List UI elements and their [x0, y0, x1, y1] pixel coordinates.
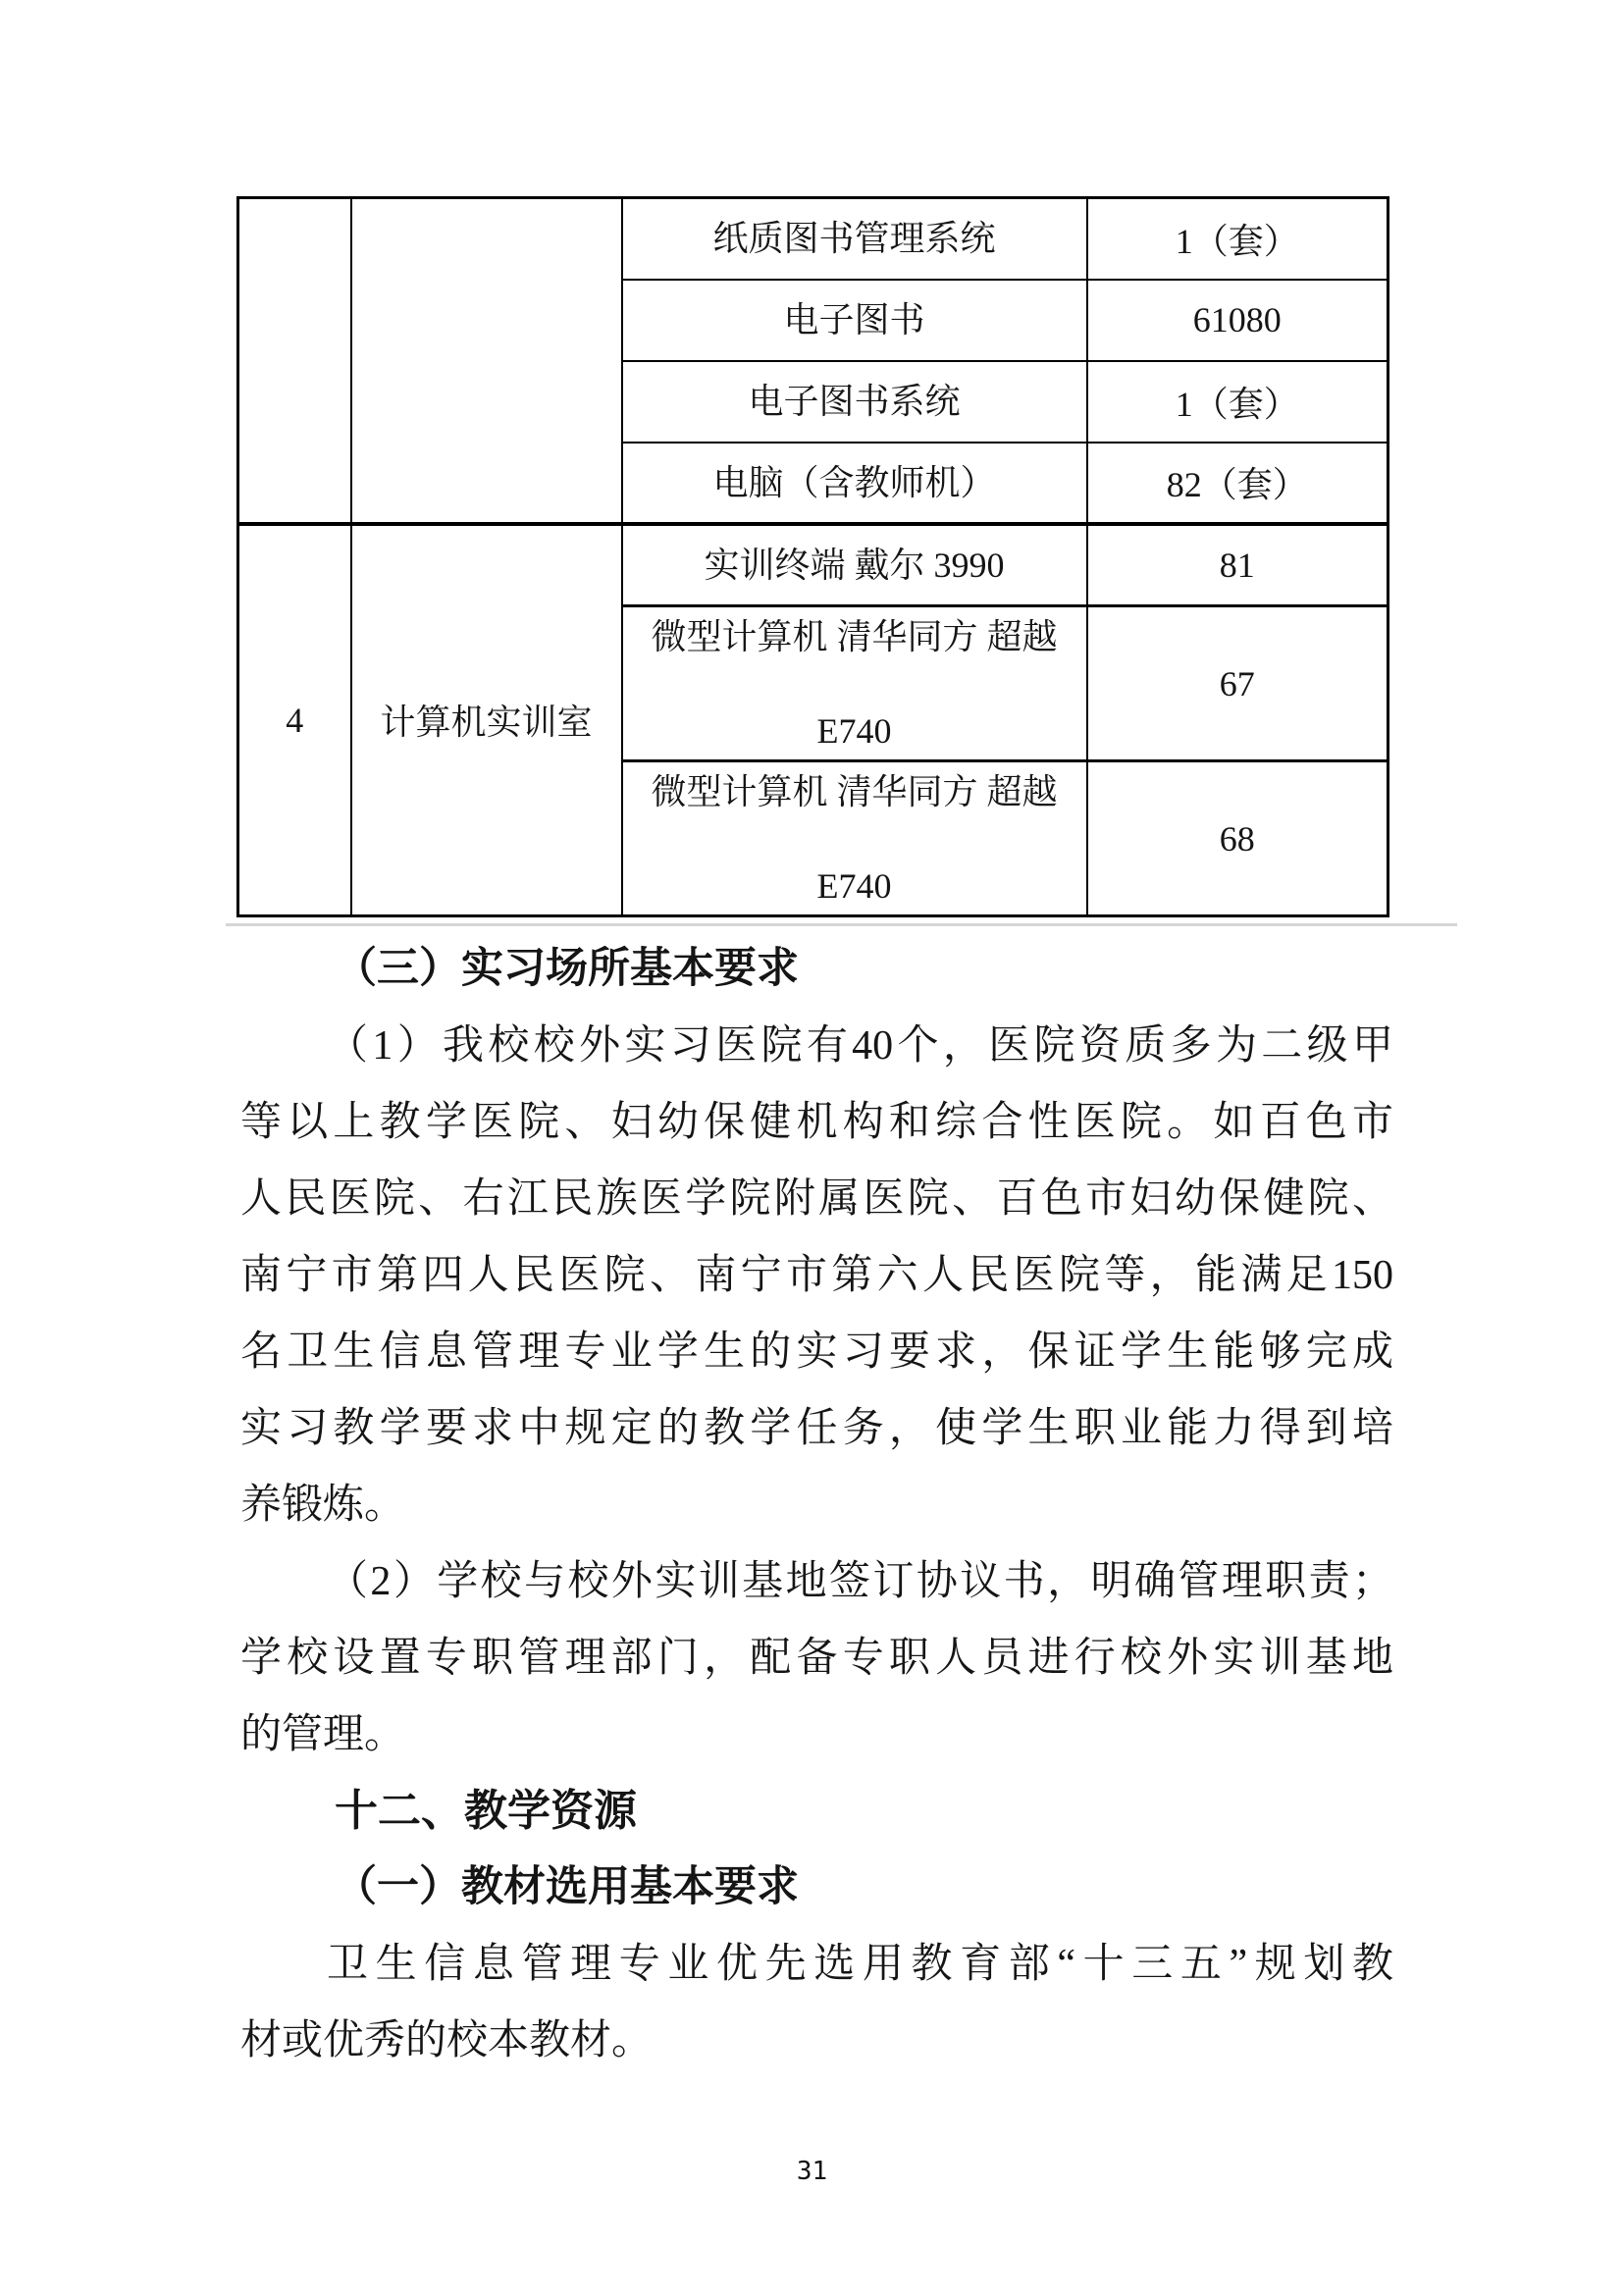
document-body: （三）实习场所基本要求 （1）我校校外实习医院有40个，医院资质多为二级甲 等以…: [240, 931, 1393, 2079]
item-text-line1: 微型计算机 清华同方 超越: [651, 770, 1057, 813]
paragraph-line: （1）我校校外实习医院有40个，医院资质多为二级甲: [240, 1008, 1393, 1084]
table-cell-item: 电子图书: [622, 280, 1087, 361]
paragraph-line: 养锻炼。: [240, 1467, 1393, 1543]
table-cell-qty: 67: [1087, 606, 1388, 761]
paragraph-line: 卫生信息管理专业优先选用教育部“十三五”规划教: [240, 1926, 1393, 2003]
table-cell-item: 微型计算机 清华同方 超越 E740: [622, 761, 1087, 916]
section-heading-3: （三）实习场所基本要求: [240, 931, 1393, 1008]
paragraph-line: （2）学校与校外实训基地签订协议书，明确管理职责；: [240, 1543, 1393, 1620]
item-text: 纸质图书管理系统: [712, 217, 995, 260]
page-number: 31: [0, 2157, 1624, 2186]
paragraph-line: 的管理。: [240, 1696, 1393, 1773]
table-cell-item: 电子图书系统: [622, 361, 1087, 443]
table-cell-qty: 68: [1087, 761, 1388, 916]
item-text: 实训终端 戴尔 3990: [704, 544, 1004, 587]
paragraph-line: 学校设置专职管理部门，配备专职人员进行校外实训基地: [240, 1620, 1393, 1696]
item-text: 电子图书系统: [748, 380, 960, 423]
table-cell-item: 微型计算机 清华同方 超越 E740: [622, 606, 1087, 761]
table-cell-room-empty: [351, 198, 622, 524]
table-cell-qty: 1（套）: [1087, 361, 1388, 443]
item-text-line2: E740: [817, 864, 892, 908]
equipment-table: 纸质图书管理系统 1（套） 电子图书 61080 电子图书系统 1（套） 电脑（…: [236, 196, 1389, 917]
table-row: 4 计算机实训室 实训终端 戴尔 3990 81: [238, 524, 1388, 606]
table-cell-item: 实训终端 戴尔 3990: [622, 524, 1087, 606]
scan-artifact-line: [226, 923, 1457, 926]
table-row: 纸质图书管理系统 1（套）: [238, 198, 1388, 280]
paragraph-line: 南宁市第四人民医院、南宁市第六人民医院等，能满足150: [240, 1237, 1393, 1314]
paragraph-line: 实习教学要求中规定的教学任务，使学生职业能力得到培: [240, 1390, 1393, 1467]
item-text-line1: 微型计算机 清华同方 超越: [651, 615, 1057, 658]
table-cell-item: 电脑（含教师机）: [622, 443, 1087, 524]
paragraph-line: 人民医院、右江民族医学院附属医院、百色市妇幼保健院、: [240, 1161, 1393, 1237]
paragraph-line: 材或优秀的校本教材。: [240, 2003, 1393, 2079]
item-text: 电脑（含教师机）: [712, 461, 995, 504]
table-cell-qty: 81: [1087, 524, 1388, 606]
table-cell-index: 4: [238, 524, 351, 916]
table-cell-index-empty: [238, 198, 351, 524]
table-cell-qty: 61080: [1087, 280, 1388, 361]
table-cell-qty: 82（套）: [1087, 443, 1388, 524]
item-text-line2: E740: [817, 709, 892, 753]
section-heading-12: 十二、教学资源: [240, 1773, 1393, 1850]
table-cell-qty: 1（套）: [1087, 198, 1388, 280]
table-cell-room: 计算机实训室: [351, 524, 622, 916]
item-text: 电子图书: [783, 298, 924, 341]
subsection-heading-1: （一）教材选用基本要求: [240, 1850, 1393, 1926]
paragraph-line: 等以上教学医院、妇幼保健机构和综合性医院。如百色市: [240, 1084, 1393, 1161]
paragraph-line: 名卫生信息管理专业学生的实习要求，保证学生能够完成: [240, 1314, 1393, 1390]
document-page: 纸质图书管理系统 1（套） 电子图书 61080 电子图书系统 1（套） 电脑（…: [0, 0, 1624, 2295]
table-cell-item: 纸质图书管理系统: [622, 198, 1087, 280]
